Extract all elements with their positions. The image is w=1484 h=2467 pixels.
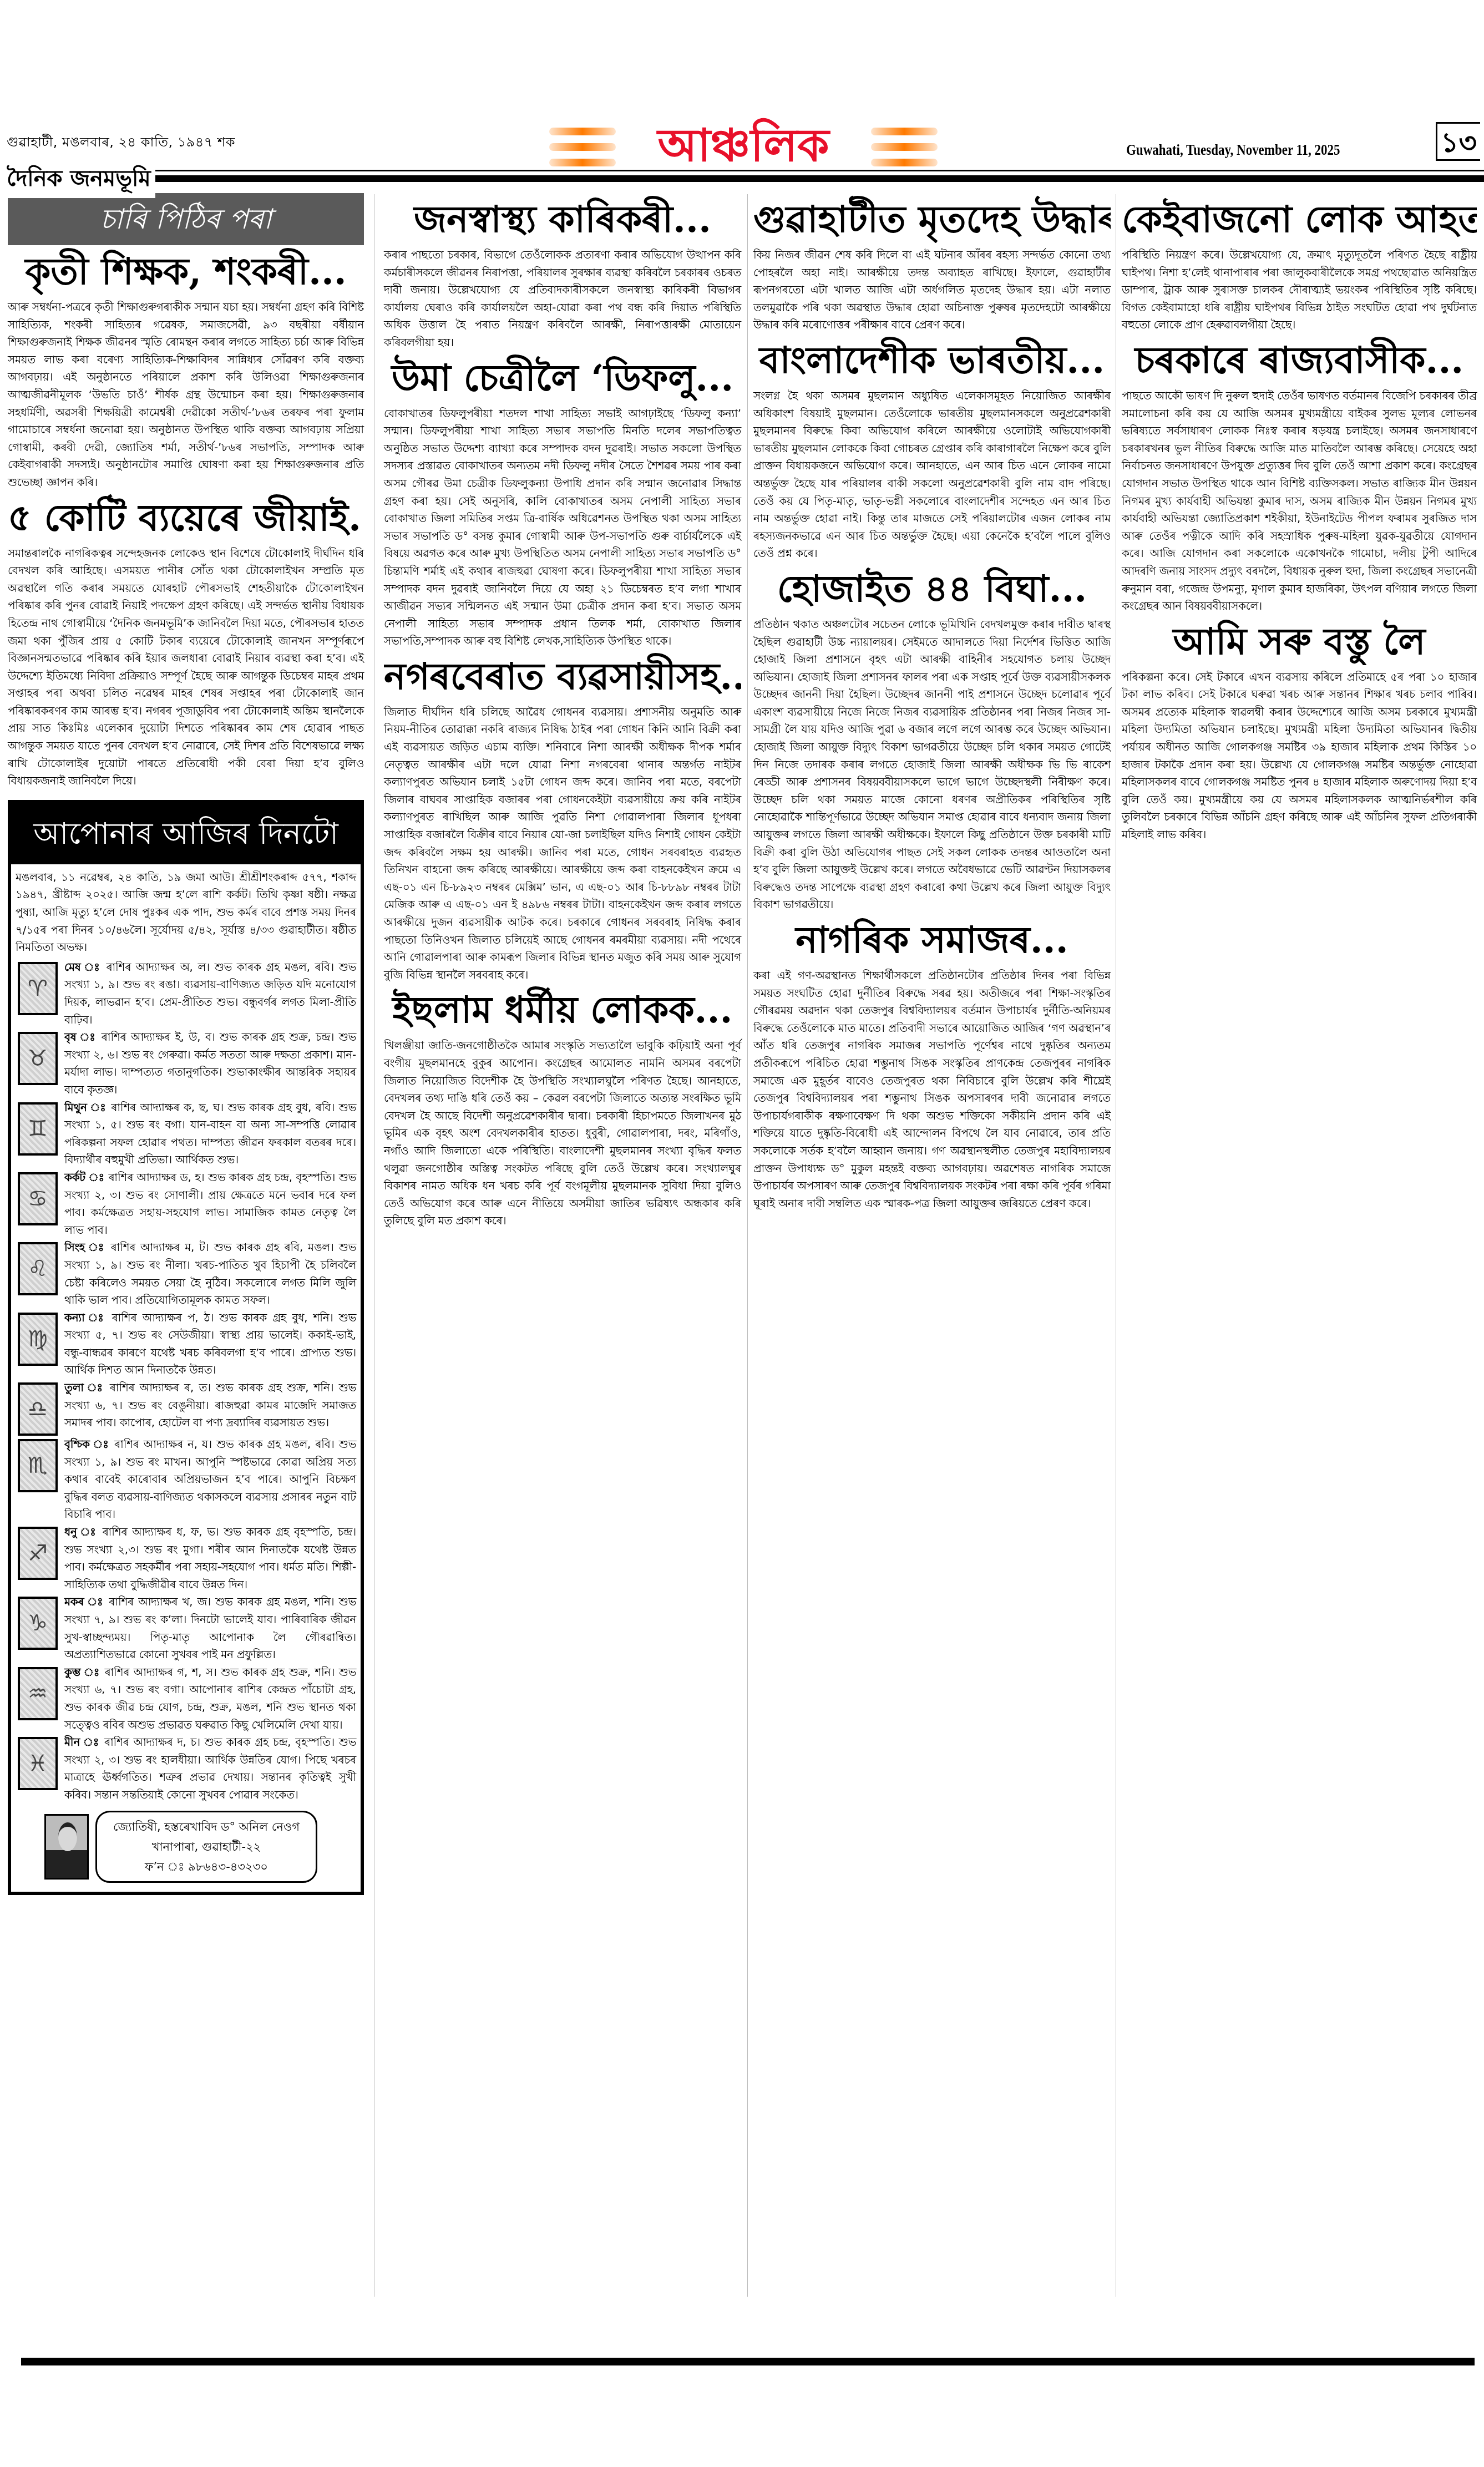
zodiac-sign-row: ♋কৰ্কট ঃ ৰাশিৰ আদ্যাক্ষৰ ড, হ। শুভ কাৰক … [11,1169,361,1239]
section-banner: চাৰি পিঠিৰ পৰা [8,193,364,245]
date-english: Guwahati, Tuesday, November 11, 2025 [1126,141,1340,159]
column-divider [374,194,374,2297]
zodiac-sign-text: ধনু ঃ ৰাশিৰ আদ্যাক্ষৰ ধ, ফ, ভ। শুভ কাৰক … [64,1523,356,1593]
zodiac-sign-row: ♈মেষ ঃ ৰাশিৰ আদ্যাক্ষৰ অ, ল। শুভ কাৰক গ্… [11,959,361,1029]
astrologer-name: জ্যোতিষী, হস্তৰেখাবিদ ড° অনিল নেওগ [100,1817,312,1837]
aquarius-water-bearer-icon: ♒ [18,1667,58,1720]
masthead-rule-thick [61,175,1484,182]
zodiac-sign-text: মকৰ ঃ ৰাশিৰ আদ্যাক্ষৰ খ, জ। শুভ কাৰক গ্ৰ… [64,1593,356,1663]
section-logo-title: আঞ্চলিক [627,118,860,173]
zodiac-sign-row: ♍কন্যা ঃ ৰাশিৰ আদ্যাক্ষৰ প, ঠ। শুভ কাৰক … [11,1309,361,1379]
zodiac-sign-row: ♊মিথুন ঃ ৰাশিৰ আদ্যাক্ষৰ ক, ছ, ঘ। শুভ কা… [11,1099,361,1169]
headline: নাগৰিক সমাজৰ... [753,916,1111,964]
zodiac-sign-text: সিংহ ঃ ৰাশিৰ আদ্যাক্ষৰ ম, ট। শুভ কাৰক গ্… [64,1239,356,1309]
sagittarius-archer-icon: ♐ [18,1527,58,1580]
headline: কৃতী শিক্ষক, শংকৰী... [8,247,364,295]
zodiac-sign-name: বৃষ [64,1031,77,1043]
headline: আমি সৰু বস্তু লৈ [1122,617,1477,665]
article-body: কৰাৰ পাছতো চৰকাৰ, বিভাগে তেওঁলোকক প্ৰতাৰ… [384,246,741,352]
headline: জনস্বাস্থ্য কাৰিকৰী... [384,195,741,243]
article-teacher: কৃতী শিক্ষক, শংকৰী... আৰু সম্বৰ্ধনা-পত্ৰ… [8,247,364,492]
zodiac-sign-forecast: ৰাশিৰ আদ্যাক্ষৰ ই, উ, ব। শুভ কাৰক গ্ৰহ শ… [64,1031,356,1096]
zodiac-sign-name: কন্যা [64,1311,85,1324]
article-body: জিলাত দীৰ্ঘদিন ধৰি চলিছে আৱৈধ গোধনৰ ব্যৱ… [384,703,741,984]
column-divider [1116,194,1116,2297]
zodiac-sign-row: ♎তুলা ঃ ৰাশিৰ আদ্যাক্ষৰ ৰ, ত। শুভ কাৰক গ… [11,1379,361,1436]
zodiac-sign-text: কৰ্কট ঃ ৰাশিৰ আদ্যাক্ষৰ ড, হ। শুভ কাৰক গ… [64,1169,356,1239]
astrologer-card: জ্যোতিষী, হস্তৰেখাবিদ ড° অনিল নেওগ খানাপ… [11,1804,361,1892]
zodiac-sign-name: মকৰ [64,1595,84,1608]
column-2: জনস্বাস্থ্য কাৰিকৰী... কৰাৰ পাছতো চৰকাৰ,… [384,193,741,1230]
virgo-maiden-icon: ♍ [18,1313,58,1366]
zodiac-sign-name: মিথুন [64,1101,87,1114]
scorpio-scorpion-icon: ♏ [18,1439,58,1492]
zodiac-sign-forecast: ৰাশিৰ আদ্যাক্ষৰ গ, শ, স। শুভ কাৰক গ্ৰহ শ… [64,1666,356,1731]
pisces-fish-icon: ♓ [18,1737,58,1790]
headline: চৰকাৰে ৰাজ্যবাসীক... [1122,336,1477,384]
zodiac-sign-row: ♒কুম্ভ ঃ ৰাশিৰ আদ্যাক্ষৰ গ, শ, স। শুভ কা… [11,1664,361,1734]
article-body: পৰিস্থিতি নিয়ন্ত্ৰণ কৰে। উল্লেখযোগ্য যে… [1122,246,1477,334]
horoscope-intro: মঙলবাৰ, ১১ নৱেম্বৰ, ২৪ কাতি, ১৯ জমা আউ। … [11,864,361,959]
headline: গুৱাহাটীত মৃতদেহ উদ্ধাৰ... [753,195,1111,243]
column-3: গুৱাহাটীত মৃতদেহ উদ্ধাৰ... কিয় নিজৰ জীৱ… [753,193,1111,1212]
logo-stripes-left [549,128,616,166]
footer-rule [21,2358,1475,2365]
zodiac-sign-text: কন্যা ঃ ৰাশিৰ আদ্যাক্ষৰ প, ঠ। শুভ কাৰক গ… [64,1309,356,1379]
article-injured: কেইবাজনো লোক আহত... পৰিস্থিতি নিয়ন্ত্ৰণ… [1122,195,1477,334]
zodiac-sign-name: কৰ্কট [64,1171,85,1184]
headline: ৫ কোটি ব্যয়েৰে জীয়াই... [8,494,364,541]
logo-stripes-right [871,128,938,166]
zodiac-sign-forecast: ৰাশিৰ আদ্যাক্ষৰ ড, হ। শুভ কাৰক গ্ৰহ চন্দ… [64,1171,356,1237]
zodiac-sign-name: ধনু [64,1526,77,1538]
zodiac-sign-name: কুম্ভ [64,1666,80,1679]
capricorn-goat-icon: ♑ [18,1597,58,1650]
article-body: পৰিকল্পনা কৰে। সেই টকাৰে এখন ব্যৱসায় কৰ… [1122,668,1477,844]
zodiac-sign-row: ♓মীন ঃ ৰাশিৰ আদ্যাক্ষৰ দ, চ। শুভ কাৰক গ্… [11,1734,361,1804]
date-assamese: গুৱাহাটী, মঙলবাৰ, ২৪ কাতি, ১৯৪৭ শক [7,132,235,154]
column-1: চাৰি পিঠিৰ পৰা কৃতী শিক্ষক, শংকৰী... আৰু… [8,193,364,1895]
article-hojai: হোজাইত ৪৪ বিঘা... প্ৰতিষ্ঠান থকাত অঞ্চলট… [753,565,1111,914]
zodiac-sign-row: ♏বৃশ্চিক ঃ ৰাশিৰ আদ্যাক্ষৰ ন, য। শুভ কাৰ… [11,1436,361,1523]
zodiac-sign-text: তুলা ঃ ৰাশিৰ আদ্যাক্ষৰ ৰ, ত। শুভ কাৰক গ্… [64,1379,356,1436]
zodiac-sign-text: মিথুন ঃ ৰাশিৰ আদ্যাক্ষৰ ক, ছ, ঘ। শুভ কাৰ… [64,1099,356,1169]
zodiac-sign-name: তুলা [64,1381,84,1394]
paper-brand: দৈনিক জনমভূমি [7,161,155,198]
libra-scales-icon: ♎ [18,1382,58,1436]
article-phe-workers: জনস্বাস্থ্য কাৰিকৰী... কৰাৰ পাছতো চৰকাৰ,… [384,195,741,352]
leo-lion-icon: ♌ [18,1242,58,1295]
headline: উমা চেত্ৰীলৈ ‘ডিফলু... [384,354,741,402]
zodiac-list: ♈মেষ ঃ ৰাশিৰ আদ্যাক্ষৰ অ, ল। শুভ কাৰক গ্… [11,959,361,1804]
zodiac-sign-row: ♐ধনু ঃ ৰাশিৰ আদ্যাক্ষৰ ধ, ফ, ভ। শুভ কাৰক… [11,1523,361,1593]
headline: বাংলাদেশীক ভাৰতীয়... [753,336,1111,384]
zodiac-sign-forecast: ৰাশিৰ আদ্যাক্ষৰ অ, ল। শুভ কাৰক গ্ৰহ মঙল,… [64,961,356,1026]
zodiac-sign-forecast: ৰাশিৰ আদ্যাক্ষৰ ধ, ফ, ভ। শুভ কাৰক গ্ৰহ ব… [64,1526,356,1591]
article-body: আৰু সম্বৰ্ধনা-পত্ৰৰে কৃতী শিক্ষাগুৰুগৰাক… [8,298,364,492]
cancer-crab-icon: ♋ [18,1172,58,1225]
headline: ইছলাম ধৰ্মীয় লোকক... [384,986,741,1034]
astrologer-phone: ফ’ন ঃ ৯৮৬৪৩-৪৩২৩০ [100,1857,312,1877]
article-guwahati-body: গুৱাহাটীত মৃতদেহ উদ্ধাৰ... কিয় নিজৰ জীৱ… [753,195,1111,334]
article-government: চৰকাৰে ৰাজ্যবাসীক... পাছতে আকৌ ভাষণ দি ন… [1122,336,1477,615]
gemini-twins-icon: ♊ [18,1102,58,1156]
article-body: খিলঞ্জীয়া জাতি-জনগোষ্ঠীতকৈ আমাৰ সংস্কৃত… [384,1037,741,1230]
article-nagarbera: নগৰবেৰাত ব্যৱসায়ীসহ... জিলাত দীৰ্ঘদিন ধ… [384,652,741,984]
article-bangladeshi: বাংলাদেশীক ভাৰতীয়... সংলগ্ন হৈ থকা অসমৰ… [753,336,1111,563]
page-number: ১৩ [1436,122,1480,161]
column-4: কেইবাজনো লোক আহত... পৰিস্থিতি নিয়ন্ত্ৰণ… [1122,193,1477,844]
headline: কেইবাজনো লোক আহত... [1122,195,1477,243]
astrologer-photo [44,1814,89,1880]
masthead: গুৱাহাটী, মঙলবাৰ, ২৪ কাতি, ১৯৪৭ শক দৈনিক… [0,0,1484,183]
article-civil-society: নাগৰিক সমাজৰ... কৰা এই গণ-অৱস্থানত শিক্ষ… [753,916,1111,1212]
zodiac-sign-name: মেষ [64,961,81,974]
zodiac-sign-text: মেষ ঃ ৰাশিৰ আদ্যাক্ষৰ অ, ল। শুভ কাৰক গ্ৰ… [64,959,356,1029]
article-tokolai: ৫ কোটি ব্যয়েৰে জীয়াই... সমান্তৰালকৈ না… [8,494,364,790]
zodiac-sign-name: সিংহ [64,1241,85,1254]
zodiac-sign-text: কুম্ভ ঃ ৰাশিৰ আদ্যাক্ষৰ গ, শ, স। শুভ কাৰ… [64,1664,356,1734]
astrologer-contact: জ্যোতিষী, হস্তৰেখাবিদ ড° অনিল নেওগ খানাপ… [95,1811,317,1883]
column-divider [747,194,748,2297]
zodiac-sign-row: ♌সিংহ ঃ ৰাশিৰ আদ্যাক্ষৰ ম, ট। শুভ কাৰক গ… [11,1239,361,1309]
zodiac-sign-text: মীন ঃ ৰাশিৰ আদ্যাক্ষৰ দ, চ। শুভ কাৰক গ্ৰ… [64,1734,356,1804]
zodiac-sign-row: ♉বৃষ ঃ ৰাশিৰ আদ্যাক্ষৰ ই, উ, ব। শুভ কাৰক… [11,1029,361,1098]
article-body: পাছতে আকৌ ভাষণ দি নুৰুল হুদাই তেওঁৰ ভাষণ… [1122,387,1477,615]
article-body: কিয় নিজৰ জীৱন শেষ কৰি দিলে বা এই ঘটনাৰ … [753,246,1111,334]
article-small-things: আমি সৰু বস্তু লৈ পৰিকল্পনা কৰে। সেই টকাৰ… [1122,617,1477,844]
article-body: সমান্তৰালকৈ নাগৰিকত্বৰ সন্দেহজনক লোকেও স… [8,545,364,790]
article-uma-chetry: উমা চেত্ৰীলৈ ‘ডিফলু... বোকাখাতৰ ডিফলুপৰী… [384,354,741,650]
zodiac-sign-row: ♑মকৰ ঃ ৰাশিৰ আদ্যাক্ষৰ খ, জ। শুভ কাৰক গ্… [11,1593,361,1663]
zodiac-sign-name: মীন [64,1736,80,1749]
article-body: প্ৰতিষ্ঠান থকাত অঞ্চলটোৰ সচেতন লোকে ভূমি… [753,616,1111,914]
section-logo: আঞ্চলিক [549,122,938,172]
headline: হোজাইত ৪৪ বিঘা... [753,565,1111,612]
aries-ram-icon: ♈ [18,962,58,1015]
article-body: বোকাখাতৰ ডিফলুপৰীয়া শতদল শাখা সাহিত্য স… [384,405,741,650]
zodiac-sign-text: বৃষ ঃ ৰাশিৰ আদ্যাক্ষৰ ই, উ, ব। শুভ কাৰক … [64,1029,356,1098]
article-islam: ইছলাম ধৰ্মীয় লোকক... খিলঞ্জীয়া জাতি-জন… [384,986,741,1230]
horoscope-title: আপোনাৰ আজিৰ দিনটো [11,803,361,864]
taurus-bull-icon: ♉ [18,1032,58,1085]
horoscope-box: আপোনাৰ আজিৰ দিনটো মঙলবাৰ, ১১ নৱেম্বৰ, ২৪… [8,800,364,1895]
article-body: কৰা এই গণ-অৱস্থানত শিক্ষাৰ্থীসকলে প্ৰতিষ… [753,967,1111,1212]
article-body: সংলগ্ন হৈ থকা অসমৰ মুছলমান অধ্যুষিত এলেক… [753,387,1111,563]
headline: নগৰবেৰাত ব্যৱসায়ীসহ... [384,652,741,700]
zodiac-sign-text: বৃশ্চিক ঃ ৰাশিৰ আদ্যাক্ষৰ ন, য। শুভ কাৰক… [64,1436,356,1523]
zodiac-sign-forecast: ৰাশিৰ আদ্যাক্ষৰ দ, চ। শুভ কাৰক গ্ৰহ চন্দ… [64,1736,356,1801]
astrologer-address: খানাপাৰা, গুৱাহাটী-২২ [100,1837,312,1857]
zodiac-sign-name: বৃশ্চিক [64,1438,90,1451]
